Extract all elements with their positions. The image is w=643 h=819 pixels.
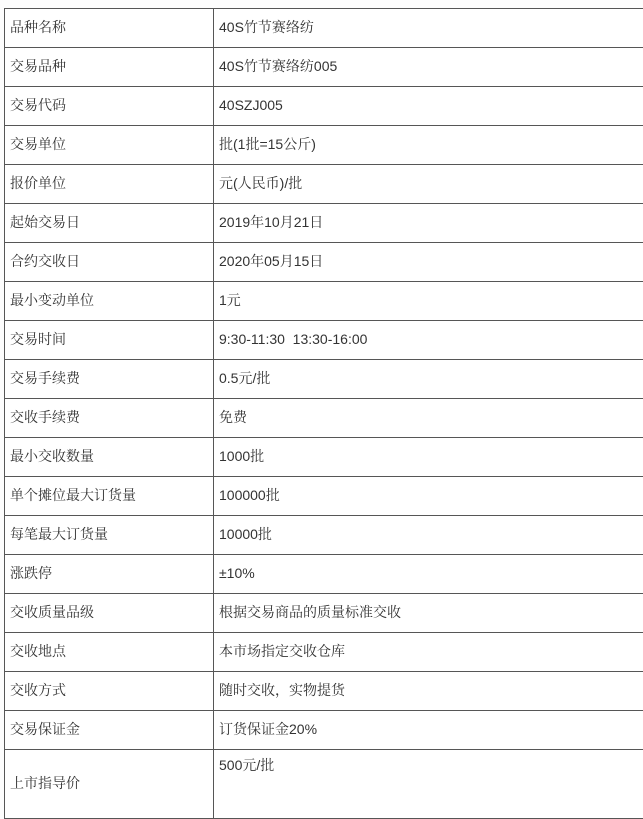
- row-value: 0.5元/批: [214, 360, 643, 399]
- row-value: 订货保证金20%: [214, 711, 643, 750]
- table-row: 交易单位批(1批=15公斤): [5, 126, 643, 165]
- table-row: 交收手续费免费: [5, 399, 643, 438]
- row-value: 2019年10月21日: [214, 204, 643, 243]
- table-row: 品种名称40S竹节赛络纺: [5, 9, 643, 48]
- row-value: 根据交易商品的质量标准交收: [214, 594, 643, 633]
- row-value: 100000批: [214, 477, 643, 516]
- row-label: 每笔最大订货量: [5, 516, 214, 555]
- table-row: 交易手续费0.5元/批: [5, 360, 643, 399]
- row-value: 40S竹节赛络纺: [214, 9, 643, 48]
- row-label: 交收方式: [5, 672, 214, 711]
- contract-spec-table: 品种名称40S竹节赛络纺交易品种40S竹节赛络纺005交易代码40SZJ005交…: [4, 8, 643, 819]
- row-label: 上市指导价: [5, 750, 214, 819]
- row-value: 批(1批=15公斤): [214, 126, 643, 165]
- row-label: 报价单位: [5, 165, 214, 204]
- row-value: 1000批: [214, 438, 643, 477]
- table-row: 报价单位元(人民币)/批: [5, 165, 643, 204]
- table-row: 上市指导价500元/批: [5, 750, 643, 819]
- table-row: 涨跌停±10%: [5, 555, 643, 594]
- table-row: 合约交收日2020年05月15日: [5, 243, 643, 282]
- row-label: 交收质量品级: [5, 594, 214, 633]
- table-row: 交收地点本市场指定交收仓库: [5, 633, 643, 672]
- table-row: 交收方式随时交收，实物提货: [5, 672, 643, 711]
- row-label: 交易单位: [5, 126, 214, 165]
- table-row: 每笔最大订货量10000批: [5, 516, 643, 555]
- row-label: 交易品种: [5, 48, 214, 87]
- row-label: 起始交易日: [5, 204, 214, 243]
- row-label: 交易时间: [5, 321, 214, 360]
- table-row: 交易保证金订货保证金20%: [5, 711, 643, 750]
- row-label: 最小交收数量: [5, 438, 214, 477]
- row-label: 合约交收日: [5, 243, 214, 282]
- table-row: 单个摊位最大订货量100000批: [5, 477, 643, 516]
- row-label: 交易手续费: [5, 360, 214, 399]
- row-value: 40SZJ005: [214, 87, 643, 126]
- row-label: 交收地点: [5, 633, 214, 672]
- row-value: 9:30-11:30 13:30-16:00: [214, 321, 643, 360]
- row-value: 免费: [214, 399, 643, 438]
- row-value: 500元/批: [214, 750, 643, 819]
- row-value: 10000批: [214, 516, 643, 555]
- row-label: 交易代码: [5, 87, 214, 126]
- row-label: 交易保证金: [5, 711, 214, 750]
- row-label: 最小变动单位: [5, 282, 214, 321]
- row-label: 单个摊位最大订货量: [5, 477, 214, 516]
- row-value: 本市场指定交收仓库: [214, 633, 643, 672]
- row-value: 2020年05月15日: [214, 243, 643, 282]
- table-row: 起始交易日2019年10月21日: [5, 204, 643, 243]
- row-label: 涨跌停: [5, 555, 214, 594]
- table-row: 交易代码40SZJ005: [5, 87, 643, 126]
- row-label: 交收手续费: [5, 399, 214, 438]
- table-row: 交易时间9:30-11:30 13:30-16:00: [5, 321, 643, 360]
- row-value: 1元: [214, 282, 643, 321]
- row-label: 品种名称: [5, 9, 214, 48]
- table-row: 交收质量品级根据交易商品的质量标准交收: [5, 594, 643, 633]
- row-value: 40S竹节赛络纺005: [214, 48, 643, 87]
- row-value: 随时交收，实物提货: [214, 672, 643, 711]
- row-value: 元(人民币)/批: [214, 165, 643, 204]
- table-row: 最小变动单位1元: [5, 282, 643, 321]
- contract-spec-table-body: 品种名称40S竹节赛络纺交易品种40S竹节赛络纺005交易代码40SZJ005交…: [5, 9, 643, 819]
- row-value: ±10%: [214, 555, 643, 594]
- page: 品种名称40S竹节赛络纺交易品种40S竹节赛络纺005交易代码40SZJ005交…: [0, 0, 643, 819]
- table-row: 最小交收数量1000批: [5, 438, 643, 477]
- table-row: 交易品种40S竹节赛络纺005: [5, 48, 643, 87]
